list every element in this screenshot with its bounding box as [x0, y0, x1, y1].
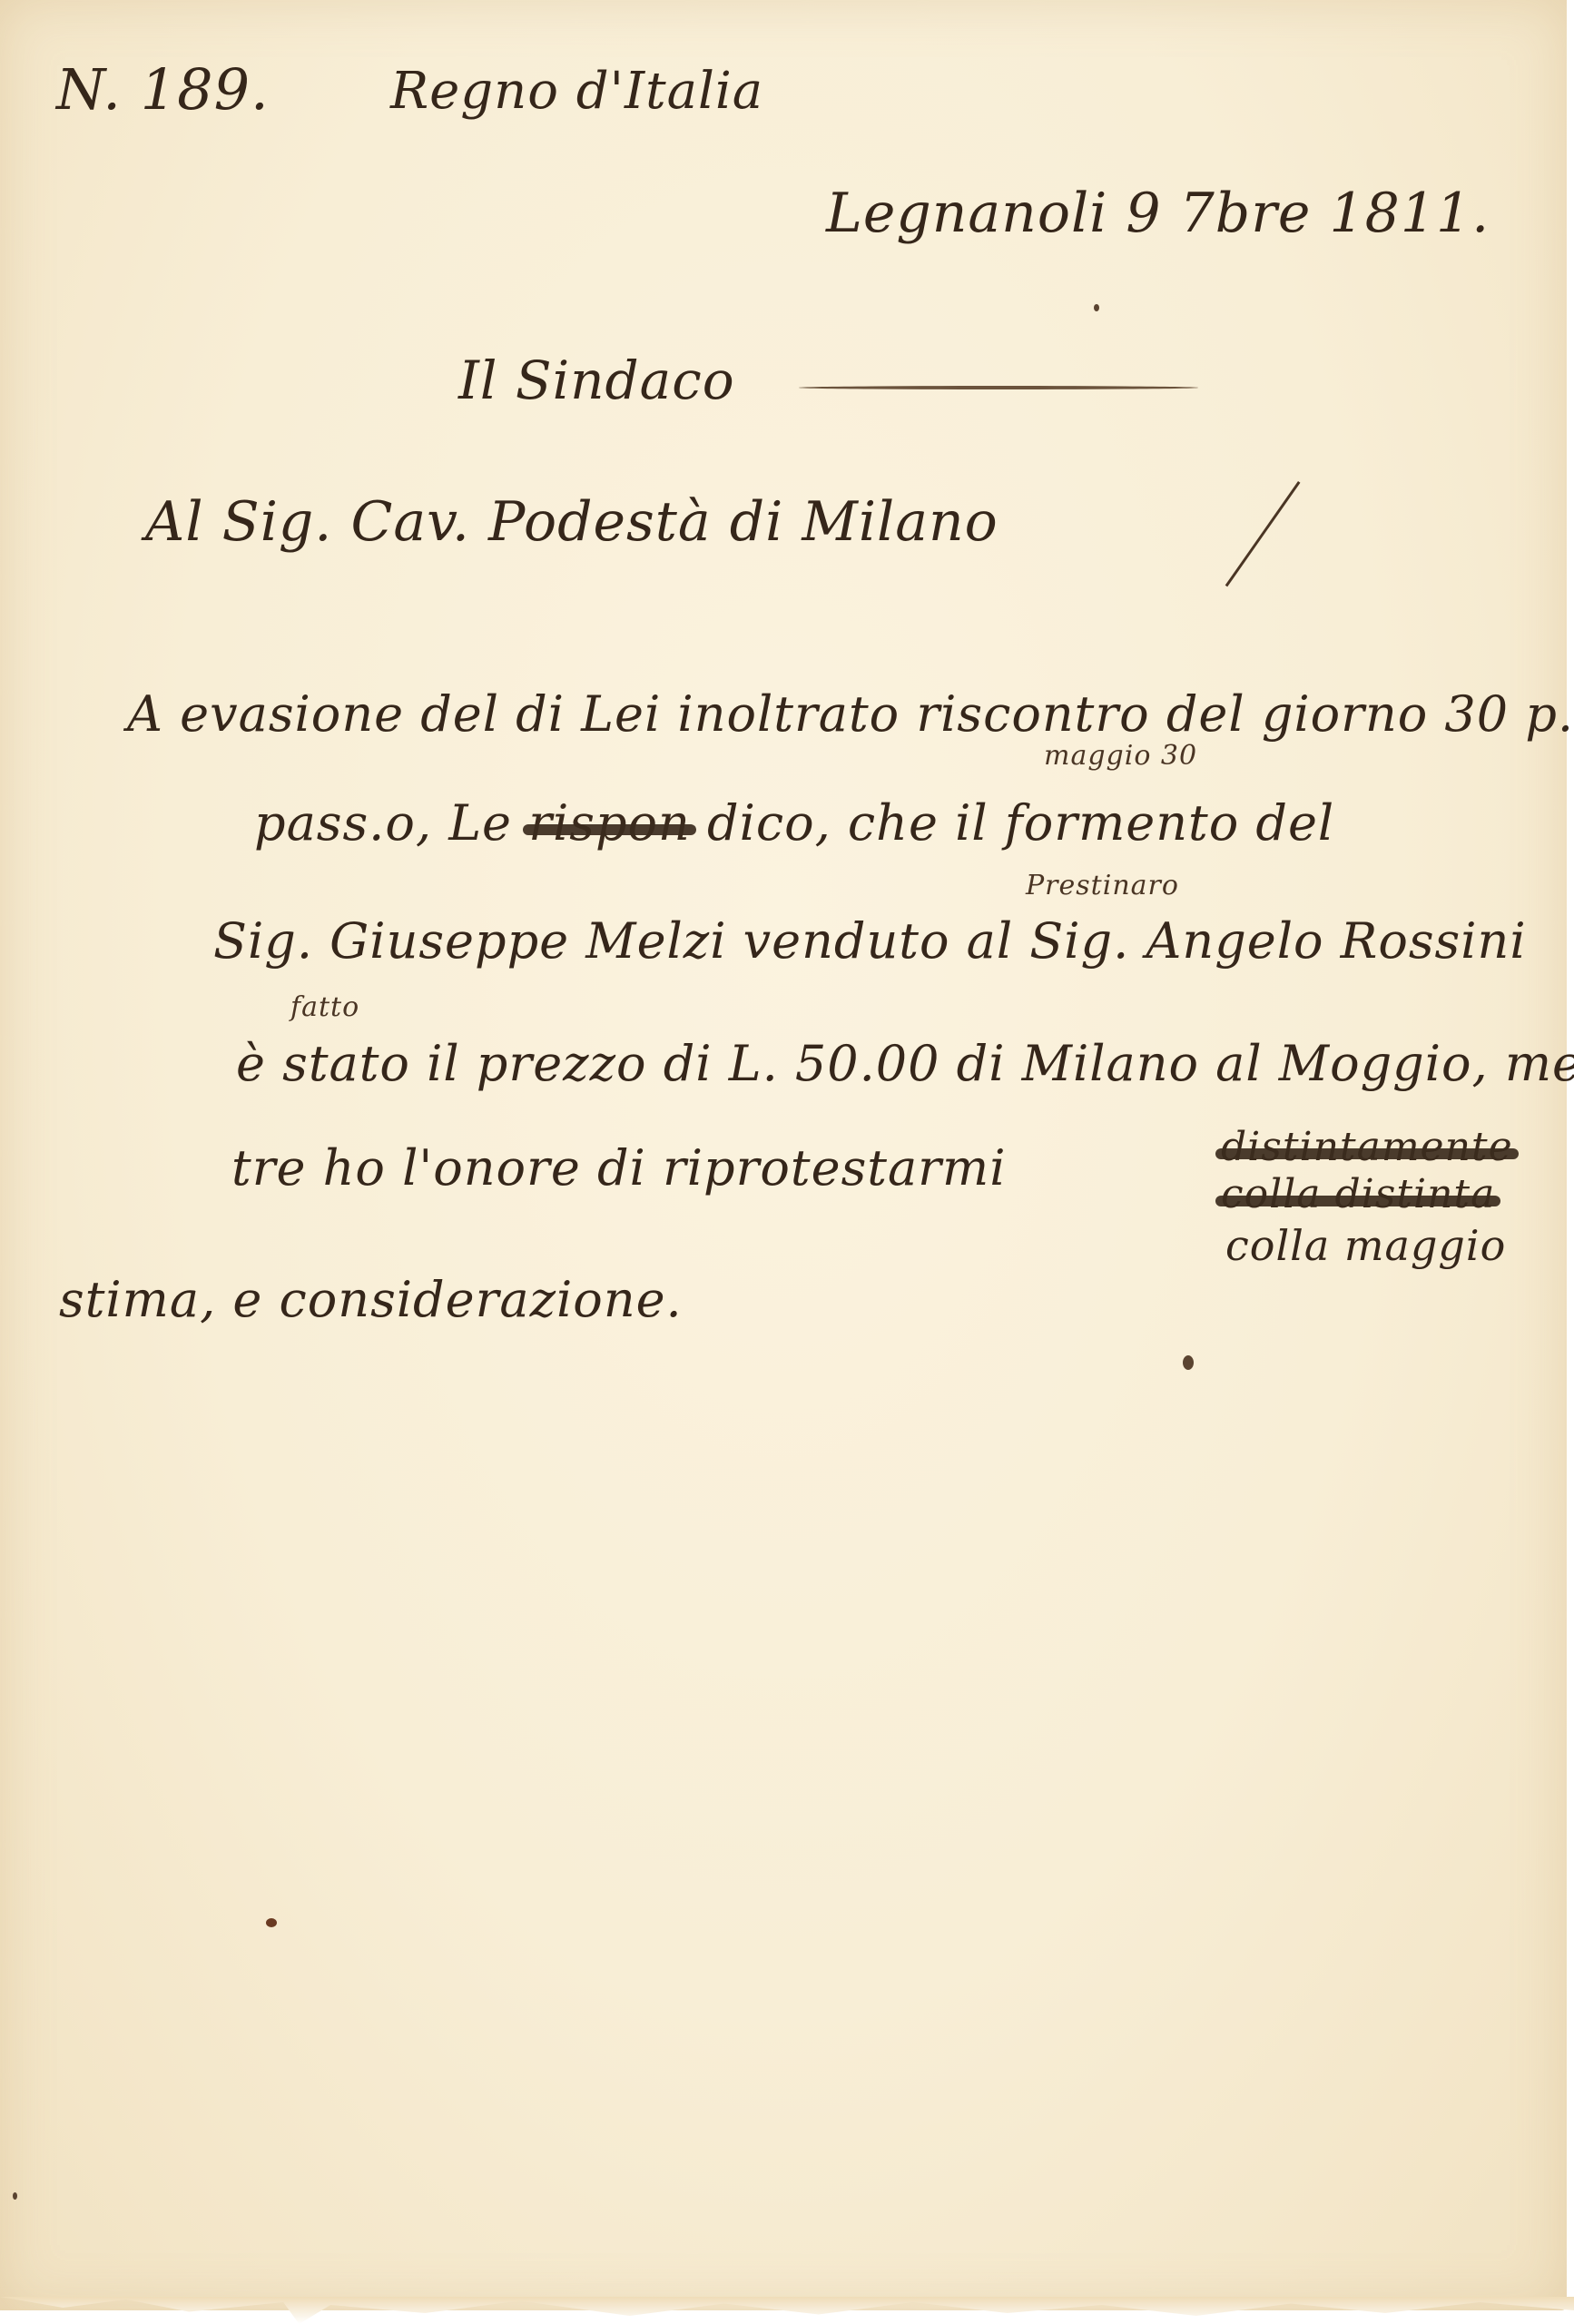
ink-speck: [1094, 304, 1099, 311]
kingdom-heading: Regno d'Italia: [390, 62, 763, 121]
body-line-4: è stato il prezzo di L. 50.00 di Milano …: [236, 1035, 1574, 1092]
insertion-above-line-3: Prestinaro: [1026, 870, 1179, 901]
struck-text-2: colla distinta: [1221, 1171, 1495, 1217]
document-number: N. 189.: [56, 56, 270, 123]
ink-speck: [13, 2192, 17, 2200]
sender-title: Il Sindaco: [458, 350, 735, 411]
body-line-2-after: dico, che il formento del: [691, 794, 1334, 852]
body-line-5-before: tre ho l'onore di riprotestarmi: [231, 1139, 1006, 1196]
body-line-5: tre ho l'onore di riprotestarmi: [231, 1139, 1006, 1196]
torn-paper-edge: [0, 2297, 1574, 2324]
flourish-line: [799, 386, 1198, 389]
body-line-6: stima, e considerazione.: [59, 1271, 683, 1328]
body-line-1: A evasione del di Lei inoltrato riscontr…: [127, 685, 1574, 743]
place-date: Legnanoli 9 7bre 1811.: [826, 182, 1490, 245]
insertion-below-line-5: colla maggio: [1225, 1221, 1506, 1270]
insertion-above-line-4: fatto: [290, 991, 359, 1023]
insertion-above-line-2: maggio 30: [1044, 740, 1197, 772]
struck-text-1: distintamente: [1221, 1124, 1513, 1170]
body-line-2: pass.o, Le rispon dico, che il formento …: [254, 794, 1334, 852]
body-line-2-before: pass.o, Le: [254, 794, 528, 852]
ink-speck: [266, 1918, 277, 1927]
addressee: Al Sig. Cav. Podestà di Milano: [145, 490, 999, 554]
ink-speck: [1183, 1355, 1194, 1370]
struck-phrase-1: distintamente: [1221, 1124, 1513, 1170]
body-line-3: Sig. Giuseppe Melzi venduto al Sig. Ange…: [213, 912, 1527, 970]
struck-word: rispon: [528, 794, 691, 852]
struck-phrase-2: colla distinta: [1221, 1171, 1495, 1217]
